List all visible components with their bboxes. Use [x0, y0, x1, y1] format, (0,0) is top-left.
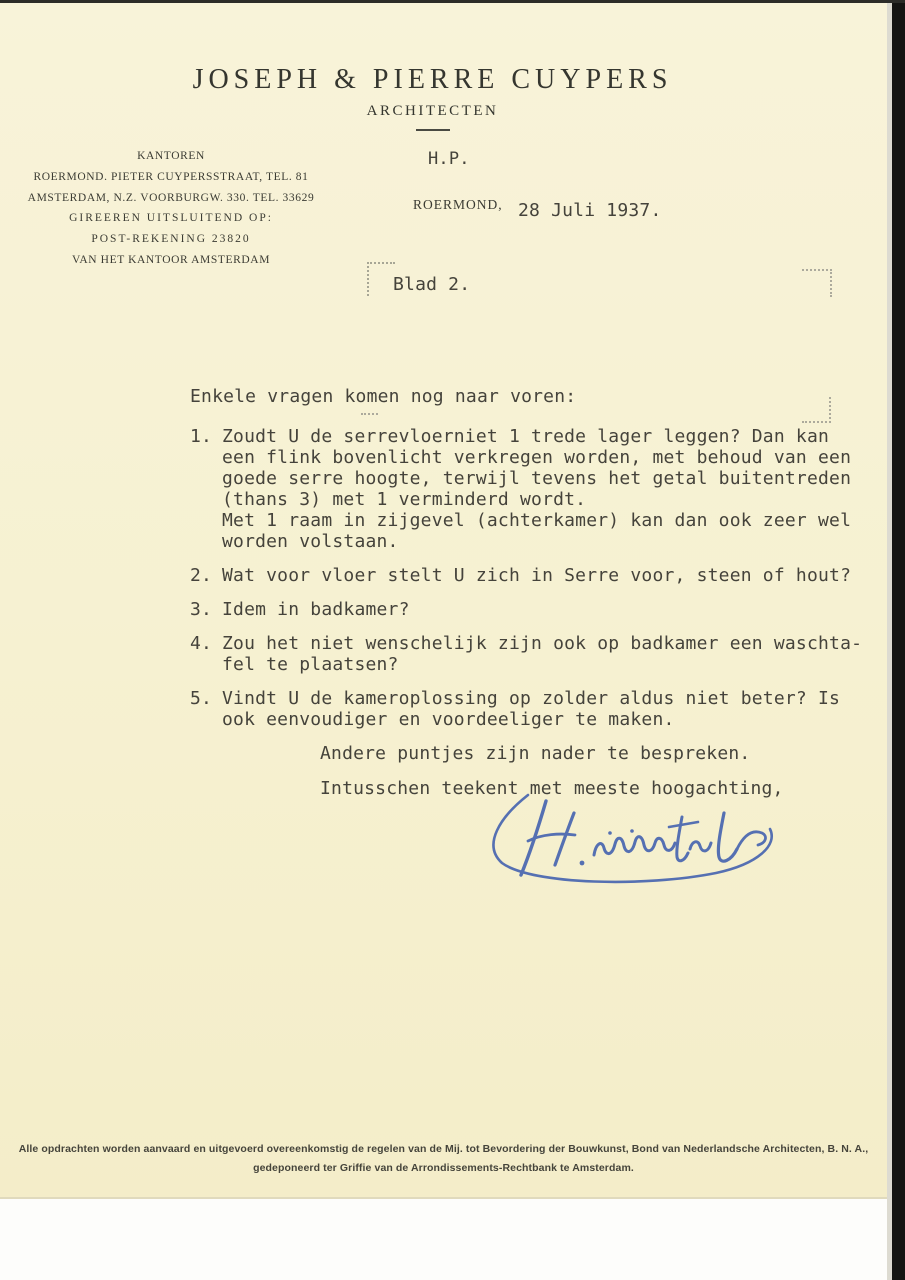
item-number: 5. — [190, 688, 222, 730]
intro-line: Enkele vragen komen nog naar voren: — [190, 386, 866, 407]
letter-date: 28 Juli 1937. — [518, 200, 661, 221]
item-text: Zoudt U de serrevloerniet 1 trede lager … — [222, 426, 851, 552]
signature-ink — [476, 791, 788, 889]
item-line: fel te plaatsen? — [222, 654, 862, 675]
reference-code: H.P. — [428, 149, 470, 169]
item-number: 4. — [190, 633, 222, 675]
item-line: Met 1 raam in zijgevel (achterkamer) kan… — [222, 510, 851, 531]
scan-edge-right — [892, 0, 905, 1280]
item-number: 1. — [190, 426, 222, 552]
item-line: worden volstaan. — [222, 531, 851, 552]
letterhead-masthead: JOSEPH & PIERRE CUYPERS ARCHITECTEN — [0, 65, 887, 131]
item-line: Zoudt U de serrevloerniet 1 trede lager … — [222, 426, 851, 447]
dotted-corner-mark-top-left — [367, 262, 395, 296]
item-line: goede serre hoogte, terwijl tevens het g… — [222, 468, 851, 489]
item-line: ook eenvoudiger en voordeeliger te maken… — [222, 709, 840, 730]
item-text: Wat voor vloer stelt U zich in Serre voo… — [222, 565, 851, 586]
item-text: Zou het niet wenschelijk zijn ook op bad… — [222, 633, 862, 675]
item-line: (thans 3) met 1 verminderd wordt. — [222, 489, 851, 510]
question-item-1: 1.Zoudt U de serrevloerniet 1 trede lage… — [190, 426, 866, 552]
footer-line: Alle opdrachten worden aanvaard en uitge… — [0, 1140, 887, 1159]
office-address-block: KANTORENROERMOND. PIETER CUYPERSSTRAAT, … — [14, 146, 328, 271]
closing-line: Andere puntjes zijn nader te bespreken. — [190, 743, 866, 764]
item-text: Vindt U de kameroplossing op zolder aldu… — [222, 688, 840, 730]
item-text: Idem in badkamer? — [222, 599, 410, 620]
office-line: ROERMOND. PIETER CUYPERSSTRAAT, TEL. 81 — [14, 167, 328, 188]
item-line: Wat voor vloer stelt U zich in Serre voo… — [222, 565, 851, 586]
question-item-3: 3.Idem in badkamer? — [190, 599, 866, 620]
footer-line: gedeponeerd ter Griffie van de Arrondiss… — [0, 1159, 887, 1178]
office-line: AMSTERDAM, N.Z. VOORBURGW. 330. TEL. 336… — [14, 188, 328, 209]
item-line: Vindt U de kameroplossing op zolder aldu… — [222, 688, 840, 709]
item-number: 2. — [190, 565, 222, 586]
office-line: VAN HET KANTOOR AMSTERDAM — [14, 250, 328, 271]
item-number: 3. — [190, 599, 222, 620]
footer-legal-text: Alle opdrachten worden aanvaard en uitge… — [0, 1140, 887, 1178]
dotted-corner-mark-top-right — [802, 269, 832, 297]
profession-label: ARCHITECTEN — [0, 103, 865, 120]
masthead-rule — [416, 129, 450, 131]
office-line: POST-REKENING 23820 — [14, 229, 328, 250]
item-line: een flink bovenlicht verkregen worden, m… — [222, 447, 851, 468]
office-line: KANTOREN — [14, 146, 328, 167]
firm-name: JOSEPH & PIERRE CUYPERS — [0, 65, 865, 95]
letter-page: JOSEPH & PIERRE CUYPERS ARCHITECTEN KANT… — [0, 3, 887, 1199]
question-item-5: 5.Vindt U de kameroplossing op zolder al… — [190, 688, 866, 730]
question-list: 1.Zoudt U de serrevloerniet 1 trede lage… — [190, 426, 866, 730]
office-line: GIREEREN UITSLUITEND OP: — [14, 208, 328, 229]
letter-body: Enkele vragen komen nog naar voren: 1.Zo… — [190, 386, 866, 813]
question-item-4: 4.Zou het niet wenschelijk zijn ook op b… — [190, 633, 866, 675]
question-item-2: 2.Wat voor vloer stelt U zich in Serre v… — [190, 565, 866, 586]
place-label: ROERMOND, — [413, 197, 503, 213]
page-number-label: Blad 2. — [393, 274, 470, 295]
item-line: Zou het niet wenschelijk zijn ook op bad… — [222, 633, 862, 654]
item-line: Idem in badkamer? — [222, 599, 410, 620]
